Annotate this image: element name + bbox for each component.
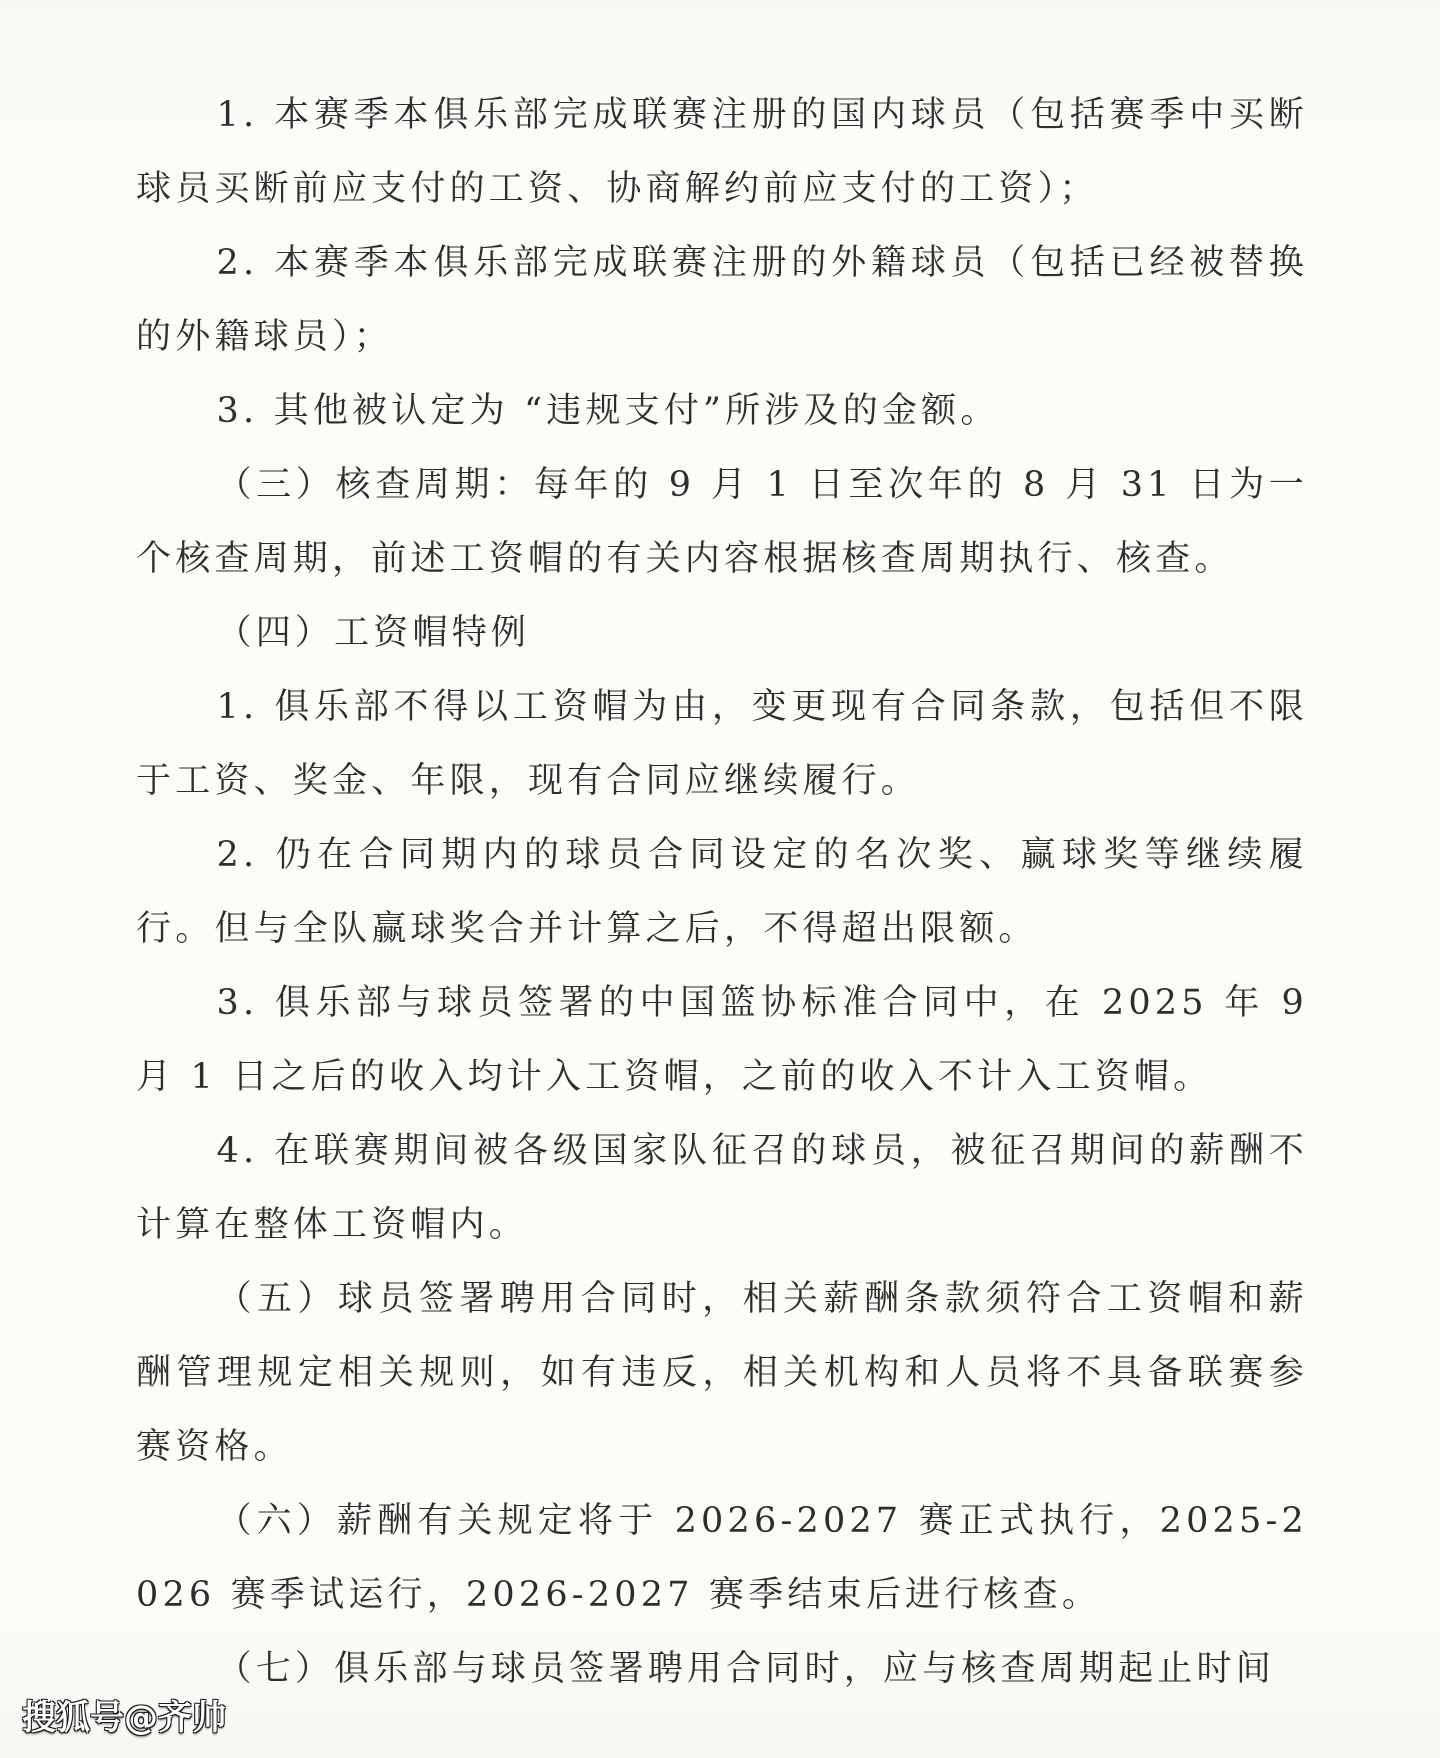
item-foreign-players: 2. 本赛季本俱乐部完成联赛注册的外籍球员（包括已经被替换的外籍球员）； [136, 226, 1308, 374]
item-domestic-players: 1. 本赛季本俱乐部完成联赛注册的国内球员（包括赛季中买断球员买断前应支付的工资… [136, 78, 1308, 226]
scanned-document-page: 1. 本赛季本俱乐部完成联赛注册的国内球员（包括赛季中买断球员买断前应支付的工资… [0, 0, 1440, 1758]
section-7-contract-period: （七）俱乐部与球员签署聘用合同时，应与核查周期起止时间 [136, 1632, 1308, 1706]
document-body: 1. 本赛季本俱乐部完成联赛注册的国内球员（包括赛季中买断球员买断前应支付的工资… [136, 78, 1308, 1706]
exception-item-2: 2. 仍在合同期内的球员合同设定的名次奖、赢球奖等继续履行。但与全队赢球奖合并计… [136, 818, 1308, 966]
section-6-effective-date: （六）薪酬有关规定将于 2026-2027 赛正式执行，2025-2026 赛季… [136, 1484, 1308, 1632]
section-5-contract-compliance: （五）球员签署聘用合同时，相关薪酬条款须符合工资帽和薪酬管理规定相关规则，如有违… [136, 1262, 1308, 1484]
section-4-salary-cap-exceptions-heading: （四）工资帽特例 [136, 596, 1308, 670]
exception-item-4: 4. 在联赛期间被各级国家队征召的球员，被征召期间的薪酬不计算在整体工资帽内。 [136, 1114, 1308, 1262]
item-violation-payments: 3. 其他被认定为 “违规支付”所涉及的金额。 [136, 374, 1308, 448]
section-3-review-cycle: （三）核查周期：每年的 9 月 1 日至次年的 8 月 31 日为一个核查周期，… [136, 448, 1308, 596]
exception-item-1: 1. 俱乐部不得以工资帽为由，变更现有合同条款，包括但不限于工资、奖金、年限，现… [136, 670, 1308, 818]
exception-item-3: 3. 俱乐部与球员签署的中国篮协标准合同中，在 2025 年 9 月 1 日之后… [136, 966, 1308, 1114]
source-watermark: 搜狐号@齐帅 [22, 1690, 226, 1739]
